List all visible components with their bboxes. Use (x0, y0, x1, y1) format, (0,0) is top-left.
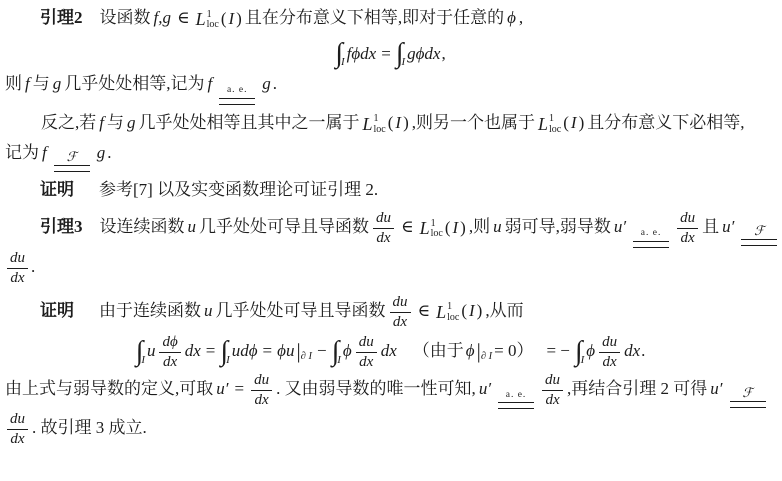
period: . (107, 143, 111, 162)
text-run: . 故引理 3 成立. (31, 418, 148, 437)
ae-label: a. e. (506, 391, 527, 401)
text-run: 几乎处处相等且其中之一属于 (137, 113, 360, 132)
rparen: ) (403, 111, 409, 136)
math-f: f (40, 143, 49, 162)
l1loc-space: L1loc(I) (362, 111, 408, 137)
minus-sign: − (313, 339, 331, 364)
math-dx: dx (623, 339, 641, 364)
text-run: 设连续函数 (99, 217, 186, 236)
integral-over-I: ∫I (220, 338, 229, 366)
math-I: I (467, 299, 477, 324)
script-F-label: ℱ (754, 224, 764, 237)
parenthetical-note: （由于ϕ|∂ I= 0） (412, 339, 535, 364)
period: . (31, 257, 35, 276)
denominator-dx: dx (251, 391, 271, 408)
text-run: ,再结合引理 2 可得 (566, 379, 708, 398)
fraction-du-dx: dudx (7, 250, 28, 286)
subscript-loc: loc (431, 229, 443, 240)
lemma2-proof-line: 证明参考[7] 以及实变函数理论可证引理 2. (4, 178, 776, 203)
lemma3-final-line: dudx. 故引理 3 成立. (4, 411, 776, 447)
integral-over-I: ∫I (396, 40, 405, 68)
l1loc-scripts: 1loc (207, 10, 219, 31)
l1loc-scripts: 1loc (549, 114, 561, 135)
rparen: ) (236, 7, 242, 32)
integral-over-I: ∫I (335, 40, 344, 68)
numerator-dphi: dϕ (159, 334, 180, 353)
math-L: L (538, 111, 548, 137)
math-g: g (51, 74, 64, 93)
numerator-du: du (390, 294, 411, 313)
math-u: u (491, 217, 504, 236)
math-L: L (196, 6, 206, 32)
math-I: I (226, 7, 236, 32)
lemma3-heading: 引理3 (40, 217, 83, 236)
math-f: f (97, 113, 106, 132)
text-run: 记为 (4, 143, 40, 162)
numerator-du: du (599, 334, 620, 353)
denominator-dx: dx (677, 229, 697, 246)
overset-distribution-equals: ℱ (54, 150, 90, 172)
lemma2-converse-line: 反之,若f与g几乎处处相等且其中之一属于L1loc(I),则另一个也属于L1lo… (4, 111, 776, 137)
numerator-du: du (251, 372, 272, 391)
math-u-dphi: udϕ (231, 339, 259, 364)
math-I: I (451, 216, 461, 241)
equation-2: ∫Iudϕdxdx=∫Iudϕ=ϕu|∂ I−∫Iϕdudxdx（由于ϕ|∂ I… (4, 334, 776, 370)
superscript-1: 1 (207, 10, 219, 21)
text-run: 设函数 (99, 8, 152, 27)
denominator-dx: dx (160, 353, 180, 370)
integral-subscript: I (226, 353, 230, 369)
double-equals-bars (633, 241, 669, 248)
math-u: u (146, 339, 157, 364)
proof-heading: 证明 (40, 301, 74, 320)
math-g: g (125, 113, 138, 132)
text-run: 反之,若 (40, 113, 97, 132)
equals-sign: = (230, 379, 248, 398)
math-f-phi-dx: fϕdx (346, 42, 378, 67)
text-run: , (518, 8, 524, 27)
math-u-prime: u′ (720, 217, 736, 236)
fraction-du-dx: dudx (373, 210, 394, 246)
math-dx: dx (184, 339, 202, 364)
lemma2-notation-line: 记为fℱg. (4, 141, 776, 172)
lemma3-proof-intro-line: 证明由于连续函数u几乎处处可导且导函数dudx∈L1loc(I),从而 (4, 294, 776, 330)
denominator-dx: dx (7, 430, 27, 447)
integral-subscript: I (141, 353, 145, 369)
subscript-loc: loc (374, 125, 386, 136)
l1loc-space: L1loc(I) (538, 111, 584, 137)
fraction-du-dx: dudx (677, 210, 698, 246)
lemma3-conclusion-line: 由上式与弱导数的定义,可取u′=dudx. 又由弱导数的唯一性可知,u′a. e… (4, 372, 776, 409)
integral-over-I: ∫I (136, 338, 145, 366)
l1loc-scripts: 1loc (374, 114, 386, 135)
math-L: L (362, 111, 372, 137)
text-run: ,从而 (484, 301, 524, 320)
numerator-du: du (7, 411, 28, 430)
integral-subscript: I (337, 353, 341, 369)
fraction-du-dx: dudx (390, 294, 411, 330)
text-run: 弱可导,弱导数 (504, 217, 612, 236)
lemma2-intro-line: 引理2设函数f,g∈L1loc(I)且在分布意义下相等,即对于任意的ϕ, (4, 6, 776, 32)
math-u-prime: u′ (612, 217, 628, 236)
l1loc-space: L1loc(I) (436, 299, 482, 325)
denominator-dx: dx (356, 353, 376, 370)
math-I: I (393, 111, 403, 136)
fraction-du-dx: dudx (7, 411, 28, 447)
denominator-dx: dx (599, 353, 619, 370)
numerator-du: du (677, 210, 698, 229)
subscript-loc: loc (549, 125, 561, 136)
double-equals-bars (730, 401, 766, 408)
double-equals-bars (498, 402, 534, 409)
evaluation-bar-boundary: |∂ I (296, 341, 312, 362)
denominator-dx: dx (542, 391, 562, 408)
fraction-du-dx: dudx (599, 334, 620, 370)
fraction-du-dx: dudx (251, 372, 272, 408)
math-phi-u: ϕu (276, 339, 295, 364)
period: . (273, 74, 277, 93)
l1loc-scripts: 1loc (447, 302, 459, 323)
subscript-loc: loc (207, 20, 219, 31)
equals-minus-sign: = − (542, 339, 573, 364)
ae-label: a. e. (641, 229, 662, 239)
element-of-symbol: ∈ (173, 8, 194, 27)
proof-heading: 证明 (40, 180, 74, 199)
boundary-subscript: ∂ I (301, 349, 312, 364)
lemma2-heading: 引理2 (40, 8, 83, 27)
text-run: ,则 (468, 217, 491, 236)
boundary-subscript: ∂ I (481, 349, 492, 364)
overset-ae-equals: a. e. (498, 391, 534, 410)
math-phi: ϕ (465, 339, 476, 364)
text-run: 几乎处处相等,记为 (63, 74, 205, 93)
fraction-du-dx: dudx (356, 334, 377, 370)
math-f: f (205, 74, 214, 93)
rparen: ) (460, 216, 466, 241)
text-run: 由于连续函数 (98, 301, 202, 320)
math-u: u (186, 217, 199, 236)
numerator-du: du (373, 210, 394, 229)
text-run: 且在分布意义下相等,即对于任意的 (244, 8, 505, 27)
math-g: g (260, 74, 273, 93)
double-equals-bars (219, 98, 255, 105)
math-phi: ϕ (342, 339, 353, 364)
math-g: g (95, 143, 108, 162)
text-run: . 又由弱导数的唯一性可知, (275, 379, 477, 398)
integral-over-I: ∫I (575, 338, 584, 366)
text-run: 几乎处处可导且导函数 (198, 217, 370, 236)
rparen: ) (477, 299, 483, 324)
overset-distribution-equals: ℱ (730, 386, 766, 408)
text-run: 与 (106, 113, 125, 132)
math-I: I (569, 111, 579, 136)
integral-subscript: I (581, 353, 585, 369)
overset-ae-equals: a. e. (633, 229, 669, 248)
math-u-prime: u′ (214, 379, 230, 398)
equation-1: ∫Ifϕdx=∫Igϕdx, (4, 40, 776, 68)
text-run: 几乎处处可导且导函数 (215, 301, 387, 320)
math-f: f (23, 74, 32, 93)
script-F-label: ℱ (67, 150, 77, 163)
equals-sign: = (377, 42, 395, 67)
text-run: 由上式与弱导数的定义,可取 (4, 379, 214, 398)
equals-sign: = (259, 339, 277, 364)
superscript-1: 1 (431, 219, 443, 230)
fraction-dphi-dx: dϕdx (159, 334, 180, 370)
double-equals-bars (741, 239, 777, 246)
numerator-du: du (356, 334, 377, 353)
period: . (641, 339, 645, 364)
math-u: u (202, 301, 215, 320)
text-run: 与 (32, 74, 51, 93)
equals-sign: = (202, 339, 220, 364)
rparen: ) (579, 111, 585, 136)
ae-label: a. e. (227, 86, 248, 96)
text-run: 参考[7] 以及实变函数理论可证引理 2. (98, 180, 379, 199)
lemma2-conclusion-line: 则f与g几乎处处相等,记为fa. e.g. (4, 72, 776, 105)
text-run: （由于 (412, 339, 465, 364)
math-fg: f,g (152, 8, 173, 27)
text-run: 且分布意义下必相等, (586, 113, 745, 132)
text-run: 则 (4, 74, 23, 93)
superscript-1: 1 (447, 302, 459, 313)
fraction-du-dx: dudx (542, 372, 563, 408)
denominator-dx: dx (7, 269, 27, 286)
text-run: = 0） (493, 339, 534, 364)
math-phi: ϕ (585, 339, 596, 364)
math-phi: ϕ (505, 8, 518, 27)
denominator-dx: dx (390, 313, 410, 330)
math-g-phi-dx: gϕdx (406, 42, 441, 67)
math-L: L (420, 215, 430, 241)
l1loc-space: L1loc(I) (196, 6, 242, 32)
l1loc-space: L1loc(I) (420, 215, 466, 241)
paper-page: 引理2设函数f,g∈L1loc(I)且在分布意义下相等,即对于任意的ϕ, ∫If… (0, 0, 782, 481)
integral-over-I: ∫I (332, 338, 341, 366)
double-equals-bars (54, 165, 90, 172)
superscript-1: 1 (374, 114, 386, 125)
numerator-du: du (7, 250, 28, 269)
integral-subscript: I (401, 55, 405, 71)
l1loc-scripts: 1loc (431, 219, 443, 240)
math-dx: dx (380, 339, 398, 364)
overset-distribution-equals: ℱ (741, 224, 777, 246)
subscript-loc: loc (447, 313, 459, 324)
denominator-dx: dx (373, 229, 393, 246)
text-run: ,则另一个也属于 (411, 113, 536, 132)
element-of-symbol: ∈ (397, 217, 418, 236)
lemma3-intro-line: 引理3设连续函数u几乎处处可导且导函数dudx∈L1loc(I),则u弱可导,弱… (4, 210, 776, 247)
overset-ae-equals: a. e. (219, 86, 255, 105)
lemma3-continuation-line: dudx. (4, 250, 776, 286)
comma: , (441, 42, 445, 67)
numerator-du: du (542, 372, 563, 391)
math-u-prime: u′ (708, 379, 724, 398)
script-F-label: ℱ (742, 386, 752, 399)
text-run: 且 (701, 217, 720, 236)
math-u-prime: u′ (477, 379, 493, 398)
integral-subscript: I (341, 55, 345, 71)
superscript-1: 1 (549, 114, 561, 125)
evaluation-bar-boundary: |∂ I (477, 341, 493, 362)
math-L: L (436, 299, 446, 325)
element-of-symbol: ∈ (414, 301, 435, 320)
